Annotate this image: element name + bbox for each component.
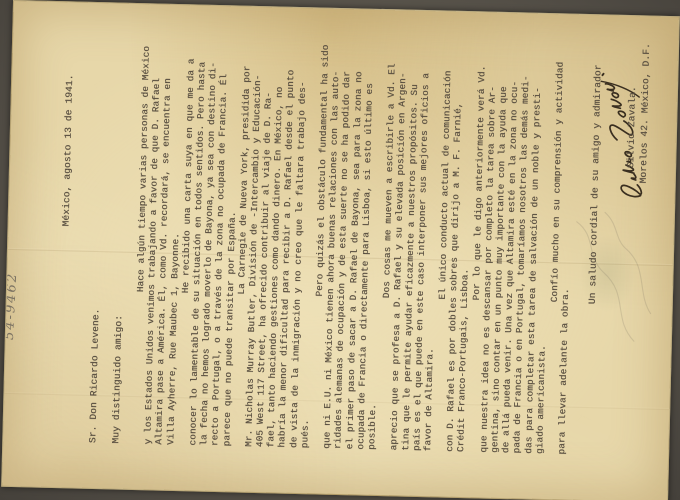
letter-recipient: Sr. Don Ricardo Levene. [87,308,101,443]
letter-salutation: Muy distinguido amigo: [110,315,124,444]
pencil-annotation: 54-9462 [2,272,20,341]
letter-date: México, agosto 13 de 1941. [54,2,77,487]
letter-paper: 54-9462 México, agosto 13 de 1941. Sr. D… [1,0,680,500]
scan-background: 54-9462 México, agosto 13 de 1941. Sr. D… [0,0,680,500]
typed-signature-name: Silvio Zavala. [625,86,638,168]
pencil-scribble [562,181,666,353]
letter-body: Hace algún tiempo varias personas de Méx… [131,44,577,455]
